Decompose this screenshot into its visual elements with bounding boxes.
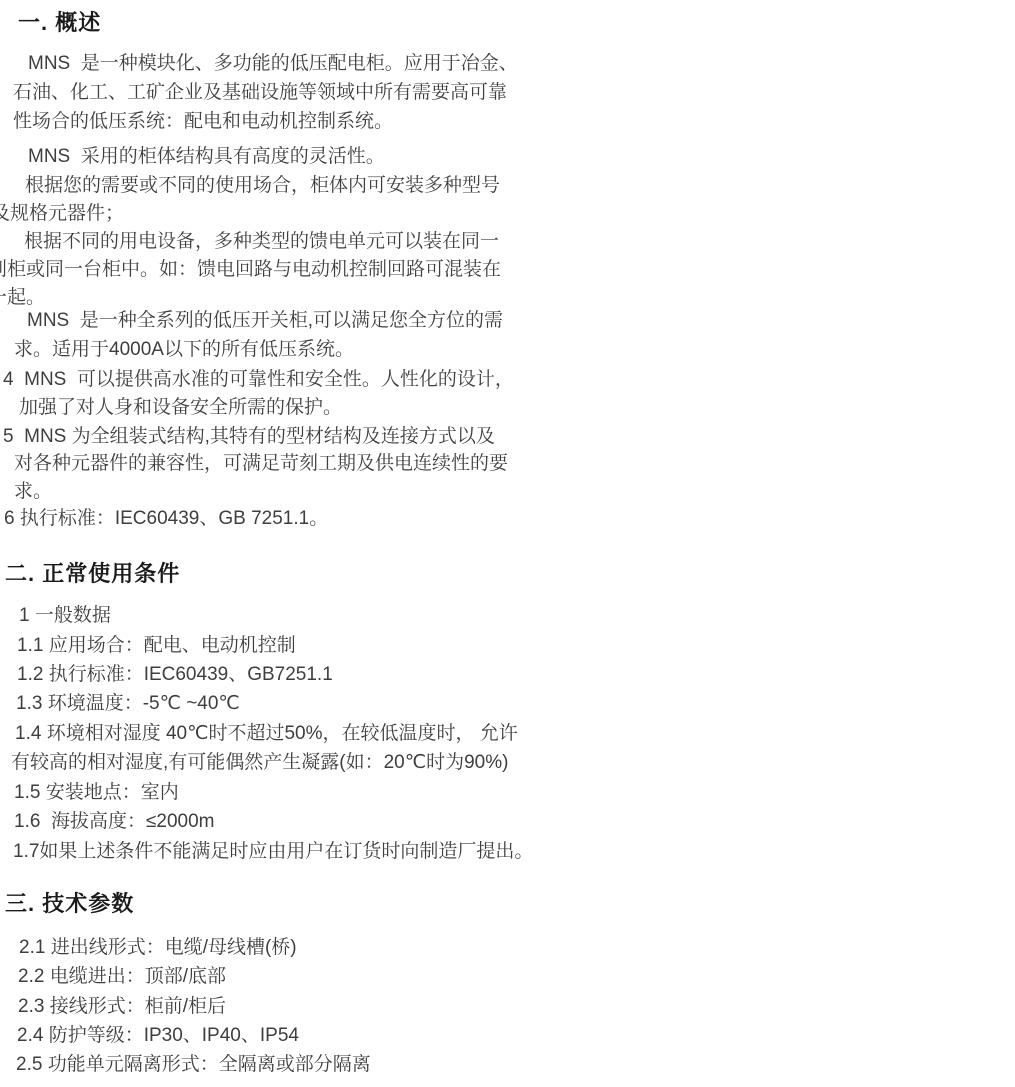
overview-line: 一起。 [0,287,45,308]
usage-conditions-line: 1.7如果上述条件不能满足时应由用户在订货时向制造厂提出。 [13,841,533,862]
overview-line: 加强了对人身和设备安全所需的保护。 [19,397,342,418]
overview-line: 求。适用于4000A以下的所有低压系统。 [14,339,354,360]
usage-conditions-heading: 二. 正常使用条件 [5,561,180,587]
overview-line: MNS 是一种模块化、多功能的低压配电柜。应用于冶金、 [28,53,518,74]
usage-conditions-line: 1.1 应用场合：配电、电动机控制 [17,635,296,656]
overview-line: 求。 [14,481,52,502]
overview-line: 根据不同的用电设备，多种类型的馈电单元可以装在同一 [24,231,499,252]
usage-conditions-line: 1 一般数据 [19,605,111,626]
technical-parameters-line: 2.4 防护等级：IP30、IP40、IP54 [17,1025,299,1046]
usage-conditions-line: 1.4 环境相对湿度 40℃时不超过50%，在较低温度时， 允许 [15,723,518,744]
technical-parameters-line: 2.1 进出线形式：电缆/母线槽(桥) [19,937,297,958]
overview-line: 5 MNS 为全组装式结构,其特有的型材结构及连接方式以及 [3,426,495,447]
overview-line: 列柜或同一台柜中。如：馈电回路与电动机控制回路可混装在 [0,259,501,280]
overview-line: 对各种元器件的兼容性，可满足苛刻工期及供电连续性的要 [14,453,508,474]
overview-line: 根据您的需要或不同的使用场合，柜体内可安装多种型号 [25,175,500,196]
technical-parameters-line: 2.2 电缆进出：顶部/底部 [18,966,226,987]
usage-conditions-line: 有较高的相对湿度,有可能偶然产生凝露(如：20℃时为90%) [11,752,508,773]
overview-heading: 一. 概述 [18,10,101,36]
overview-line: MNS 采用的柜体结构具有高度的灵活性。 [28,146,385,167]
overview-line: 4 MNS 可以提供高水准的可靠性和安全性。人性化的设计， [3,369,514,390]
technical-parameters-line: 2.3 接线形式：柜前/柜后 [18,996,226,1017]
overview-line: 6 执行标准：IEC60439、GB 7251.1。 [4,508,328,529]
document-page: 一. 概述 MNS 是一种模块化、多功能的低压配电柜。应用于冶金、 石油、化工、… [0,0,1015,1087]
usage-conditions-line: 1.6 海拔高度：≤2000m [14,811,215,832]
overview-line: 石油、化工、工矿企业及基础设施等领域中所有需要高可靠 [13,82,507,103]
overview-line: MNS 是一种全系列的低压开关柜,可以满足您全方位的需 [27,310,503,331]
overview-line: 及规格元器件； [0,203,124,224]
usage-conditions-line: 1.3 环境温度：-5℃ ~40℃ [16,693,240,714]
usage-conditions-line: 1.5 安装地点：室内 [14,782,179,803]
usage-conditions-line: 1.2 执行标准：IEC60439、GB7251.1 [17,664,333,685]
overview-line: 性场合的低压系统：配电和电动机控制系统。 [13,111,393,132]
technical-parameters-line: 2.5 功能单元隔离形式：全隔离或部分隔离 [16,1054,371,1075]
technical-parameters-heading: 三. 技术参数 [5,891,134,917]
